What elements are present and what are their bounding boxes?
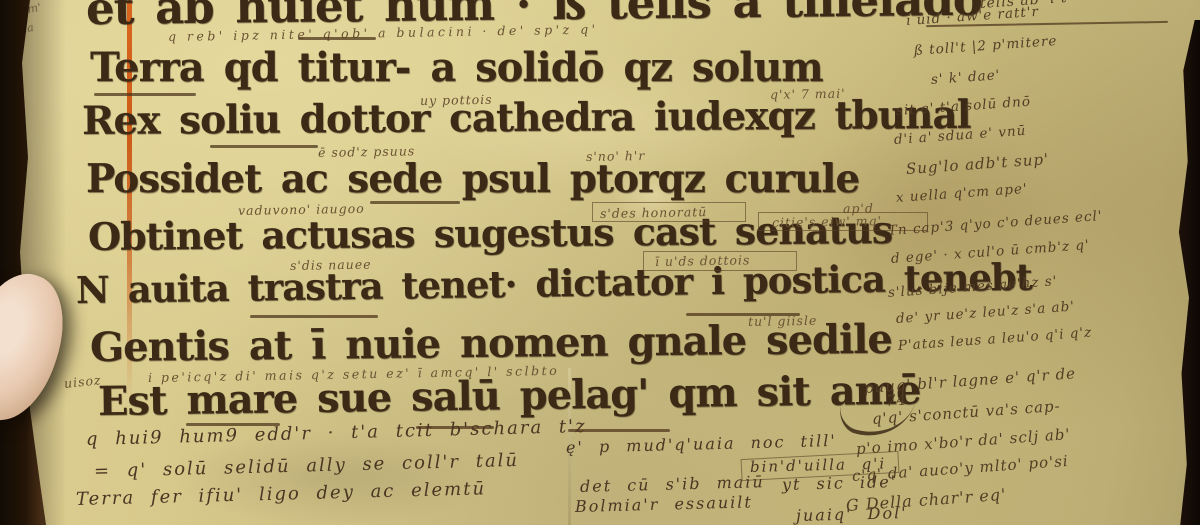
commentary-line: Bolmia'r essauilt: [575, 492, 753, 516]
interlinear-gloss: s'dis nauee: [290, 257, 372, 273]
gloss-frame: [643, 251, 797, 271]
ink-underline: [250, 315, 378, 318]
verse-line-4: Possidet ac sede psul ptorqz curule: [86, 156, 859, 202]
verse-line-2: Terra qd titur- a solidō qz solum: [90, 44, 823, 91]
ink-underline: [370, 201, 460, 204]
commentary-line: ę' p mud'q'uaia noc till': [566, 431, 837, 457]
interlinear-gloss: uy pottois: [420, 92, 493, 108]
gloss-frame: [592, 202, 746, 222]
ink-underline: [686, 313, 800, 316]
manuscript-photo: dom' sp'ia et ab huiet hūm · ß tells a t…: [0, 0, 1200, 525]
parchment-edge-right: [1156, 20, 1200, 525]
margin-note: x uella q'cm ape': [895, 181, 1028, 206]
margin-note: P'atas leus a leu'o q'i q'z: [897, 324, 1092, 354]
ink-underline: [568, 429, 670, 432]
margin-note: Sug'lo adb't sup': [905, 150, 1049, 178]
ink-underline: [94, 93, 196, 96]
margin-note: ß toll't |2 p'mitere: [913, 33, 1057, 59]
margin-note: de' yr ue'z leu'z s'a ab': [895, 299, 1075, 327]
commentary-line: Terra fer ifiu' ligo dey ac elemtū: [76, 478, 487, 510]
verse-line-6: N auita trastra tenet· dictator i postic…: [76, 255, 1032, 312]
gloss-frame: [758, 212, 928, 231]
interlinear-gloss: ē sod'z psuus: [318, 143, 415, 160]
ink-underline: [186, 423, 280, 426]
interlinear-gloss: vaduvono' iaugoo: [238, 201, 365, 218]
ink-underline: [298, 37, 376, 40]
interlinear-gloss: q'x' 7 mai': [770, 86, 846, 102]
interlinear-gloss: s'no' h'r: [586, 148, 646, 164]
ink-underline: [210, 145, 318, 148]
margin-note: s' k' dae': [930, 67, 1000, 88]
ink-underline: [416, 426, 494, 429]
commentary-line: = q' solū selidū ally se coll'r talū: [94, 450, 520, 482]
